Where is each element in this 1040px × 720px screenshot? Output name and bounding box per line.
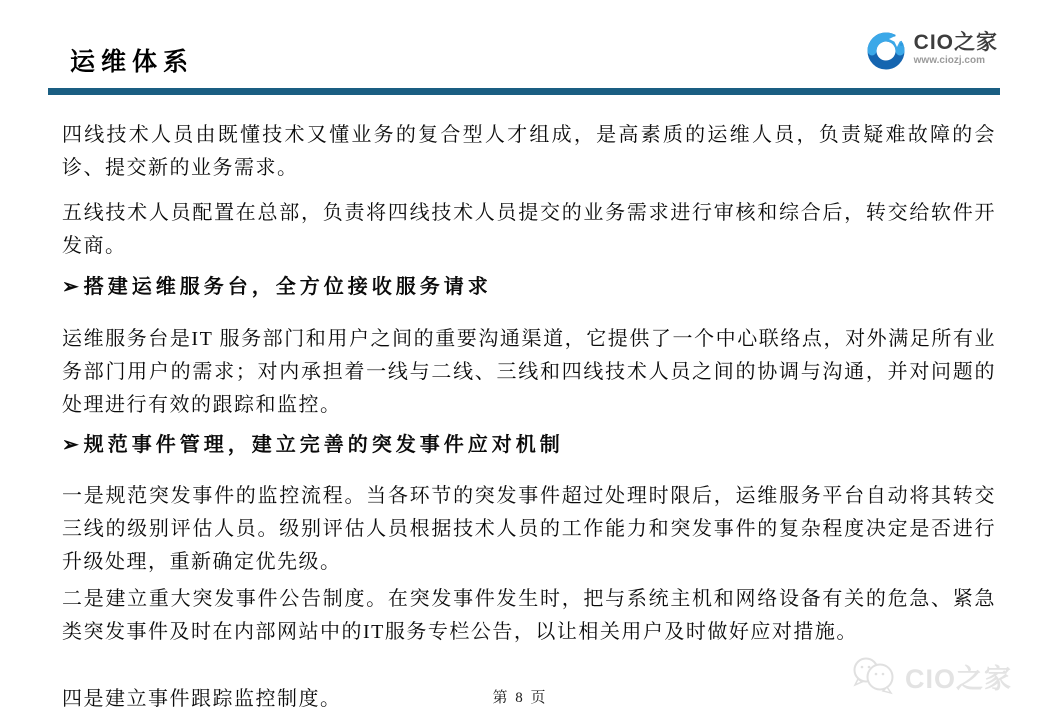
bullet-heading-1-text: 搭建运维服务台，全方位接收服务请求 — [84, 276, 492, 298]
bullet-heading-2: ➢规范事件管理，建立完善的突发事件应对机制 — [62, 429, 996, 462]
watermark: CIO之家 — [851, 655, 1012, 697]
paragraph-4: 一是规范突发事件的监控流程。当各环节的突发事件超过处理时限后，运维服务平台自动将… — [62, 480, 996, 579]
logo-url: www.ciozj.com — [914, 56, 998, 67]
document-page: 运维体系 CIO之家 www.ciozj.com 四线技术人员由既懂技术又懂业务… — [0, 0, 1040, 720]
cio-logo-icon — [867, 27, 907, 71]
header-divider — [48, 88, 1000, 95]
bullet-heading-1: ➢搭建运维服务台，全方位接收服务请求 — [62, 271, 996, 304]
chat-bubbles-icon — [851, 655, 897, 697]
watermark-text: CIO之家 — [905, 657, 1012, 696]
cio-logo: CIO之家 www.ciozj.com — [867, 27, 998, 71]
bullet-arrow-icon: ➢ — [62, 276, 79, 298]
paragraph-2: 五线技术人员配置在总部，负责将四线技术人员提交的业务需求进行审核和综合后，转交给… — [62, 197, 996, 263]
logo-name: CIO之家 — [914, 32, 998, 54]
bullet-heading-2-text: 规范事件管理，建立完善的突发事件应对机制 — [84, 434, 564, 456]
paragraph-5: 二是建立重大突发事件公告制度。在突发事件发生时，把与系统主机和网络设备有关的危急… — [62, 583, 996, 649]
logo-text: CIO之家 www.ciozj.com — [914, 32, 998, 67]
paragraph-1: 四线技术人员由既懂技术又懂业务的复合型人才组成，是高素质的运维人员，负责疑难故障… — [62, 119, 996, 185]
page-title: 运维体系 — [70, 42, 194, 78]
bullet-arrow-icon: ➢ — [62, 434, 79, 456]
paragraph-3: 运维服务台是IT 服务部门和用户之间的重要沟通渠道，它提供了一个中心联络点，对外… — [62, 323, 996, 422]
